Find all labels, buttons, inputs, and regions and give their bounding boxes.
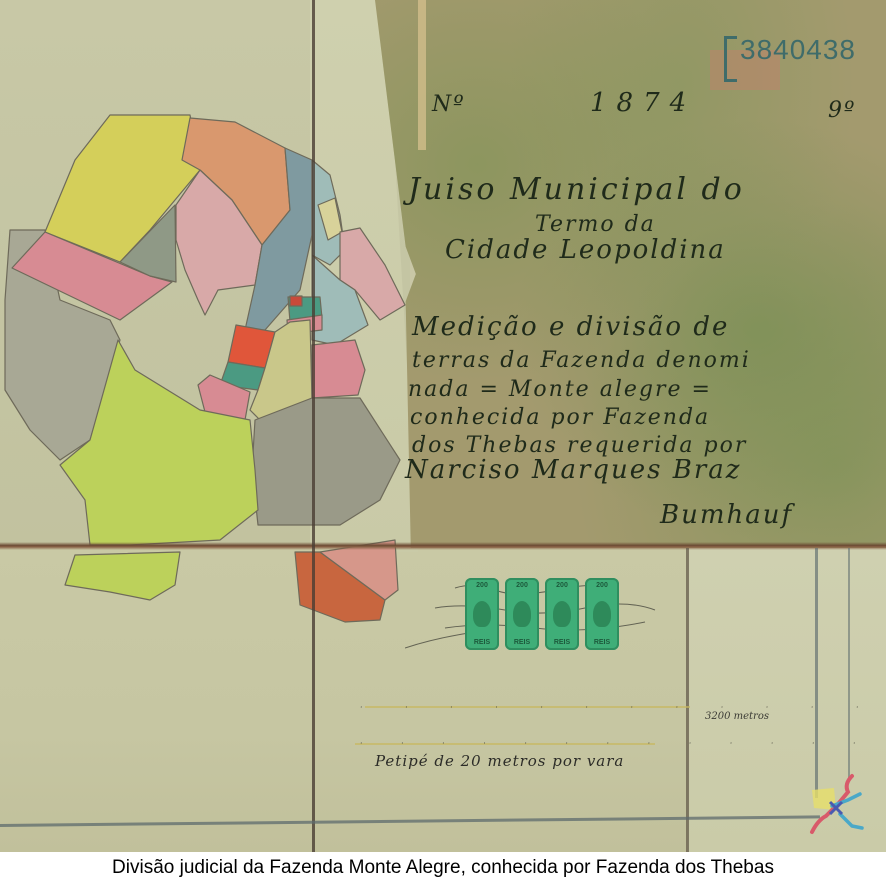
horizontal-fold [0, 542, 886, 550]
parcel-red-small [290, 296, 302, 306]
archive-number: 3840438 [740, 34, 856, 66]
parcel-pink-east-south [312, 340, 365, 398]
property-map [0, 0, 410, 630]
portrait-icon [593, 601, 611, 627]
vertical-tear [686, 548, 689, 852]
cover-sheet-edge [418, 0, 426, 150]
body-line-2: terras da Fazenda denomi [412, 348, 751, 373]
revenue-stamp: 200 REIS [465, 578, 499, 650]
revenue-stamp: 200 REIS [505, 578, 539, 650]
map-border-right-outer [848, 548, 850, 778]
title-line-1: Juiso Municipal do [408, 172, 745, 207]
body-line-4: conhecida por Fazenda [410, 405, 710, 430]
revenue-stamps: 200 REIS 200 REIS 200 REIS 200 REIS [465, 578, 619, 650]
revenue-stamp: 200 REIS [545, 578, 579, 650]
signature: Bumhauf [660, 500, 793, 530]
scale-ticks-bottom: · · · · · · · · · · · · · · [360, 739, 886, 748]
parcel-lime-lower [65, 552, 180, 600]
body-line-3: nada = Monte alegre = [408, 377, 712, 402]
header-page-mark: 9º [828, 98, 856, 123]
archive-bracket [724, 36, 737, 82]
title-line-3: Cidade Leopoldina [445, 235, 726, 265]
vertical-fold [312, 0, 315, 852]
meters-label: 3200 metros [705, 711, 769, 722]
body-line-6: Narciso Marques Braz [405, 455, 742, 485]
scale-caption: Petipé de 20 metros por vara [375, 752, 624, 770]
header-prefix: Nº [432, 92, 466, 117]
body-line-1: Medição e divisão de [412, 312, 729, 342]
scale-ticks-top: · · · · · · · · · · · · · · [360, 703, 886, 712]
revenue-stamp: 200 REIS [585, 578, 619, 650]
portrait-icon [513, 601, 531, 627]
portrait-icon [473, 601, 491, 627]
parcel-gray-southeast [252, 398, 400, 525]
title-line-2: Termo da [535, 212, 656, 237]
portrait-icon [553, 601, 571, 627]
document-scan: 3840438 Nº 1874 9º Juiso Municipal do Te… [0, 0, 886, 852]
map-border-right-inner [815, 548, 818, 798]
image-caption: Divisão judicial da Fazenda Monte Alegre… [0, 852, 886, 884]
header-year: 1874 [590, 88, 696, 118]
compass-rose-icon [804, 770, 868, 840]
